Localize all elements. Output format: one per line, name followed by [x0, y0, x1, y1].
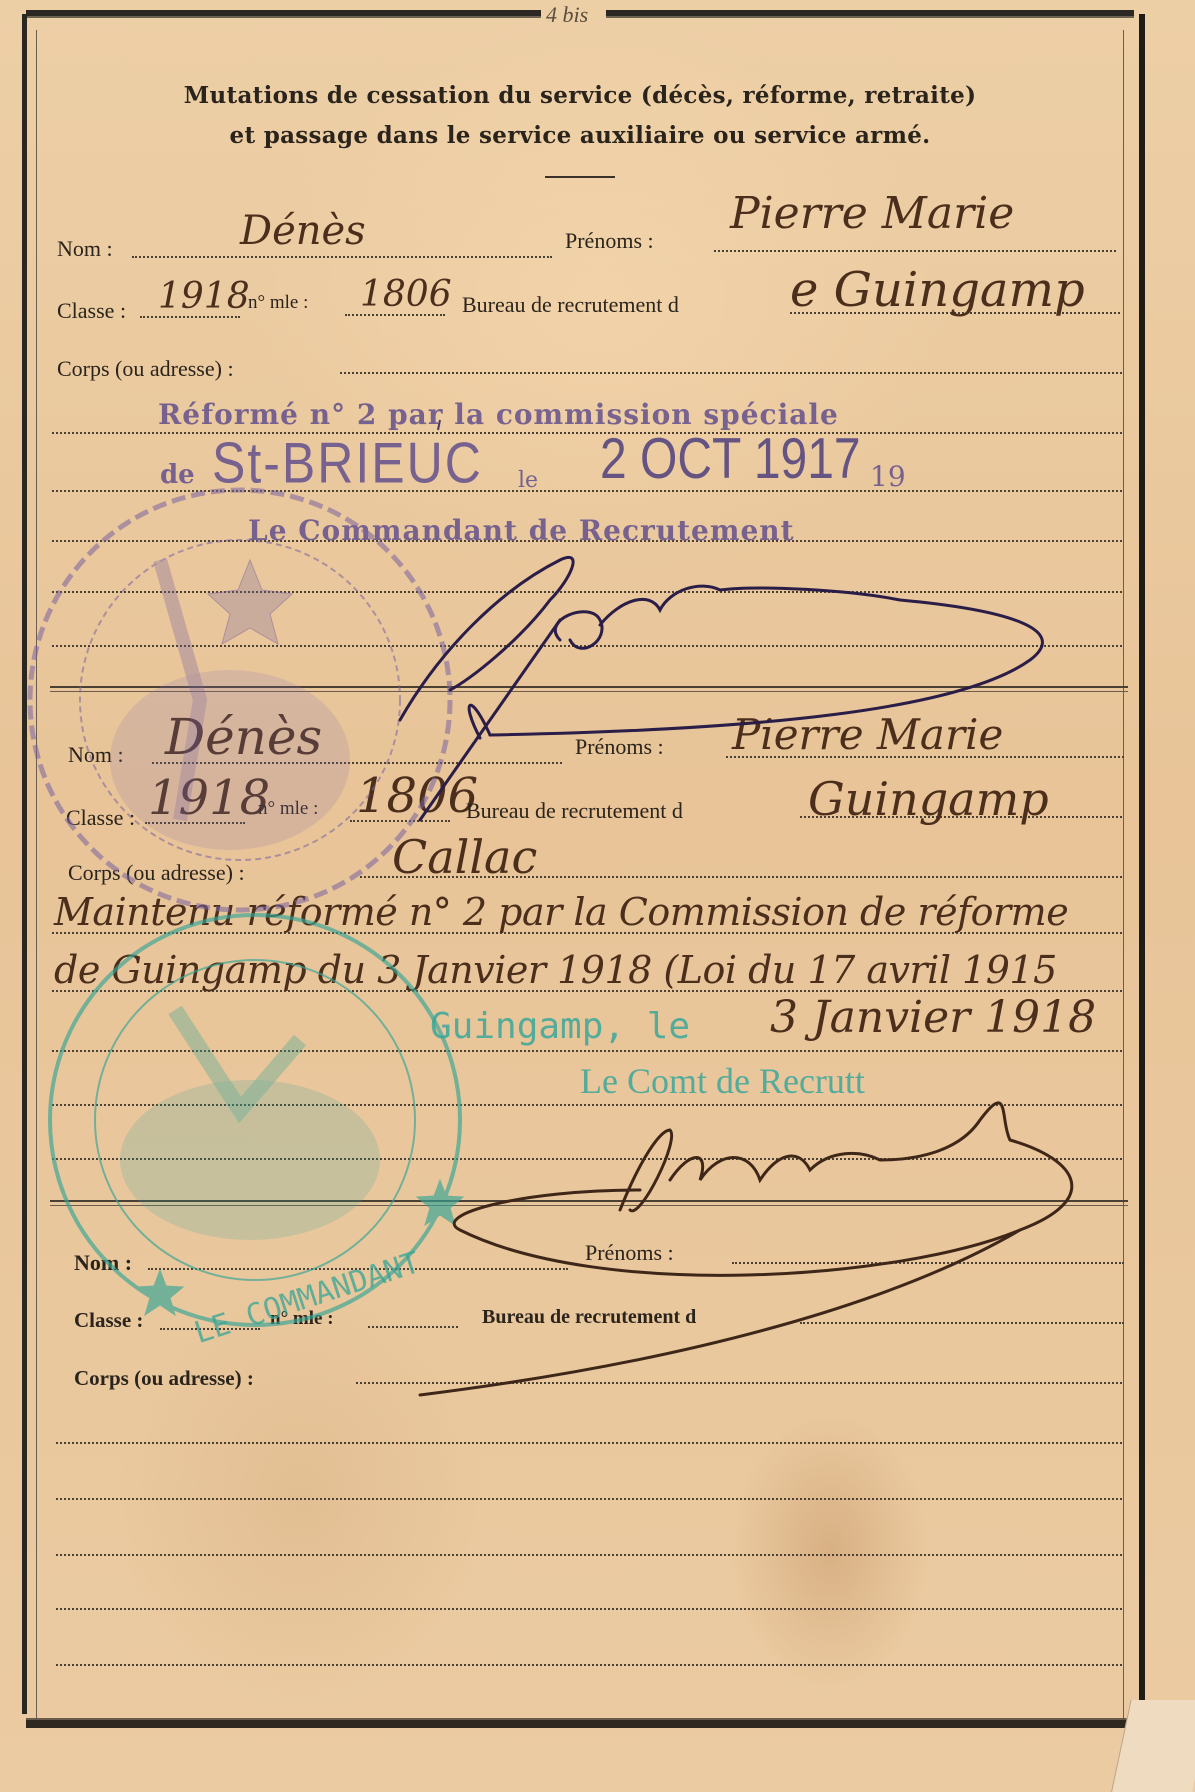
green-seal-text: LE COMMANDANT: [190, 1245, 424, 1351]
signature-1: [400, 557, 1042, 820]
ink-mark: [438, 420, 440, 430]
purple-seal: [30, 490, 450, 910]
signature-2: [420, 1103, 1072, 1395]
ink-overlay: LE COMMANDANT: [0, 0, 1195, 1792]
